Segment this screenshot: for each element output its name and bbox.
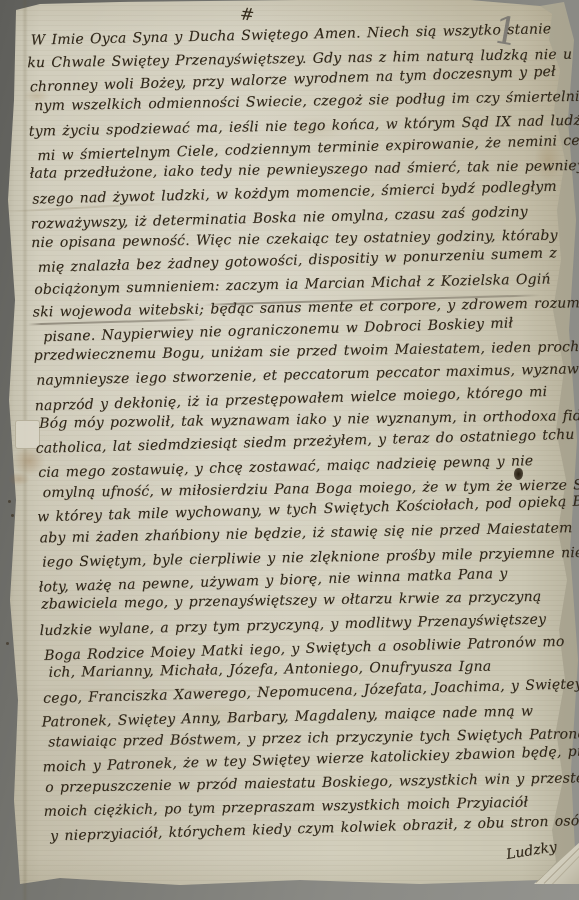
foxing-stain xyxy=(8,472,30,486)
manuscript-text-block: W Imie Oyca Syna y Ducha Swiętego Amen. … xyxy=(27,18,577,846)
margin-ink-dot xyxy=(8,500,11,503)
page-mark: # xyxy=(239,4,254,25)
margin-ink-dot xyxy=(11,514,14,517)
margin-ink-dot xyxy=(6,642,9,645)
